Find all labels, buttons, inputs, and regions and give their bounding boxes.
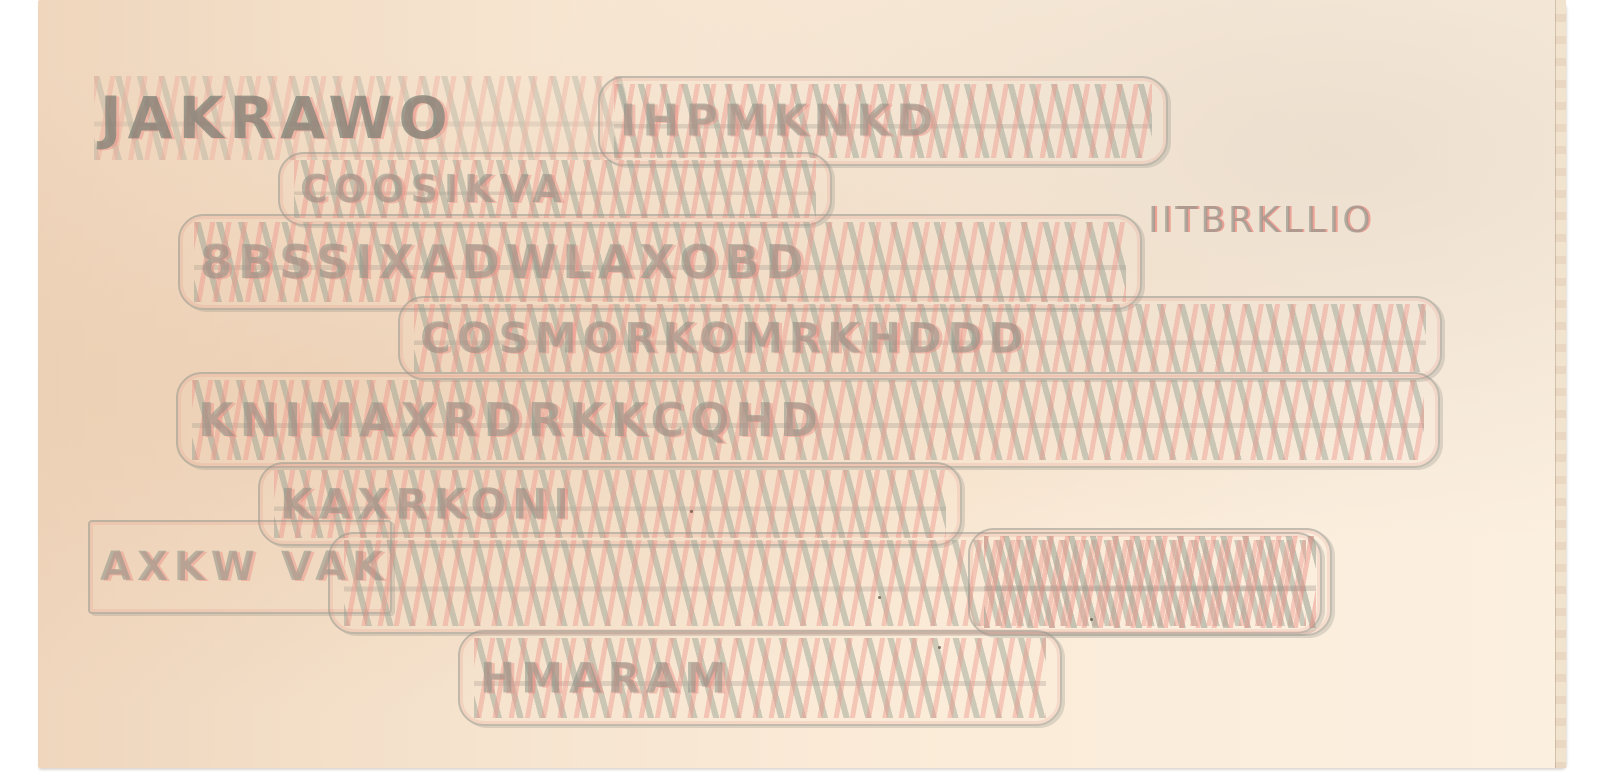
lettering-row-text: HMARAM: [480, 654, 732, 703]
lettering-bar-8: HMARAM: [458, 630, 1062, 726]
paper-speck: [938, 646, 941, 649]
paper-speck: [878, 596, 881, 599]
lettering-row-title: JAKRAWO: [100, 84, 454, 152]
lettering-row-text: IHPMKNKD: [620, 96, 939, 147]
lettering-row-text: COSMORKOMRKHDDD: [420, 314, 1029, 363]
lettering-bar-5: KNIMAXRDRKKCQHD: [176, 372, 1440, 468]
lettering-row-text: COOSIKVA: [300, 167, 568, 211]
paper-speck: [690, 510, 693, 513]
lettering-row-text: 8BSSIXADWLAXOBD: [200, 235, 809, 289]
lettering-bar-7-right: [968, 528, 1332, 636]
paper-sheet: JAKRAWO IHPMKNKD COOSIKVA 8BSSIXADWLAXOB…: [38, 0, 1566, 768]
side-sketch-lettering: IITBRKLLIO: [1148, 200, 1374, 241]
lettering-bar-4: COSMORKOMRKHDDD: [398, 296, 1442, 380]
paper-speck: [1090, 618, 1093, 621]
lettering-row-text: KNIMAXRDRKKCQHD: [198, 393, 824, 447]
